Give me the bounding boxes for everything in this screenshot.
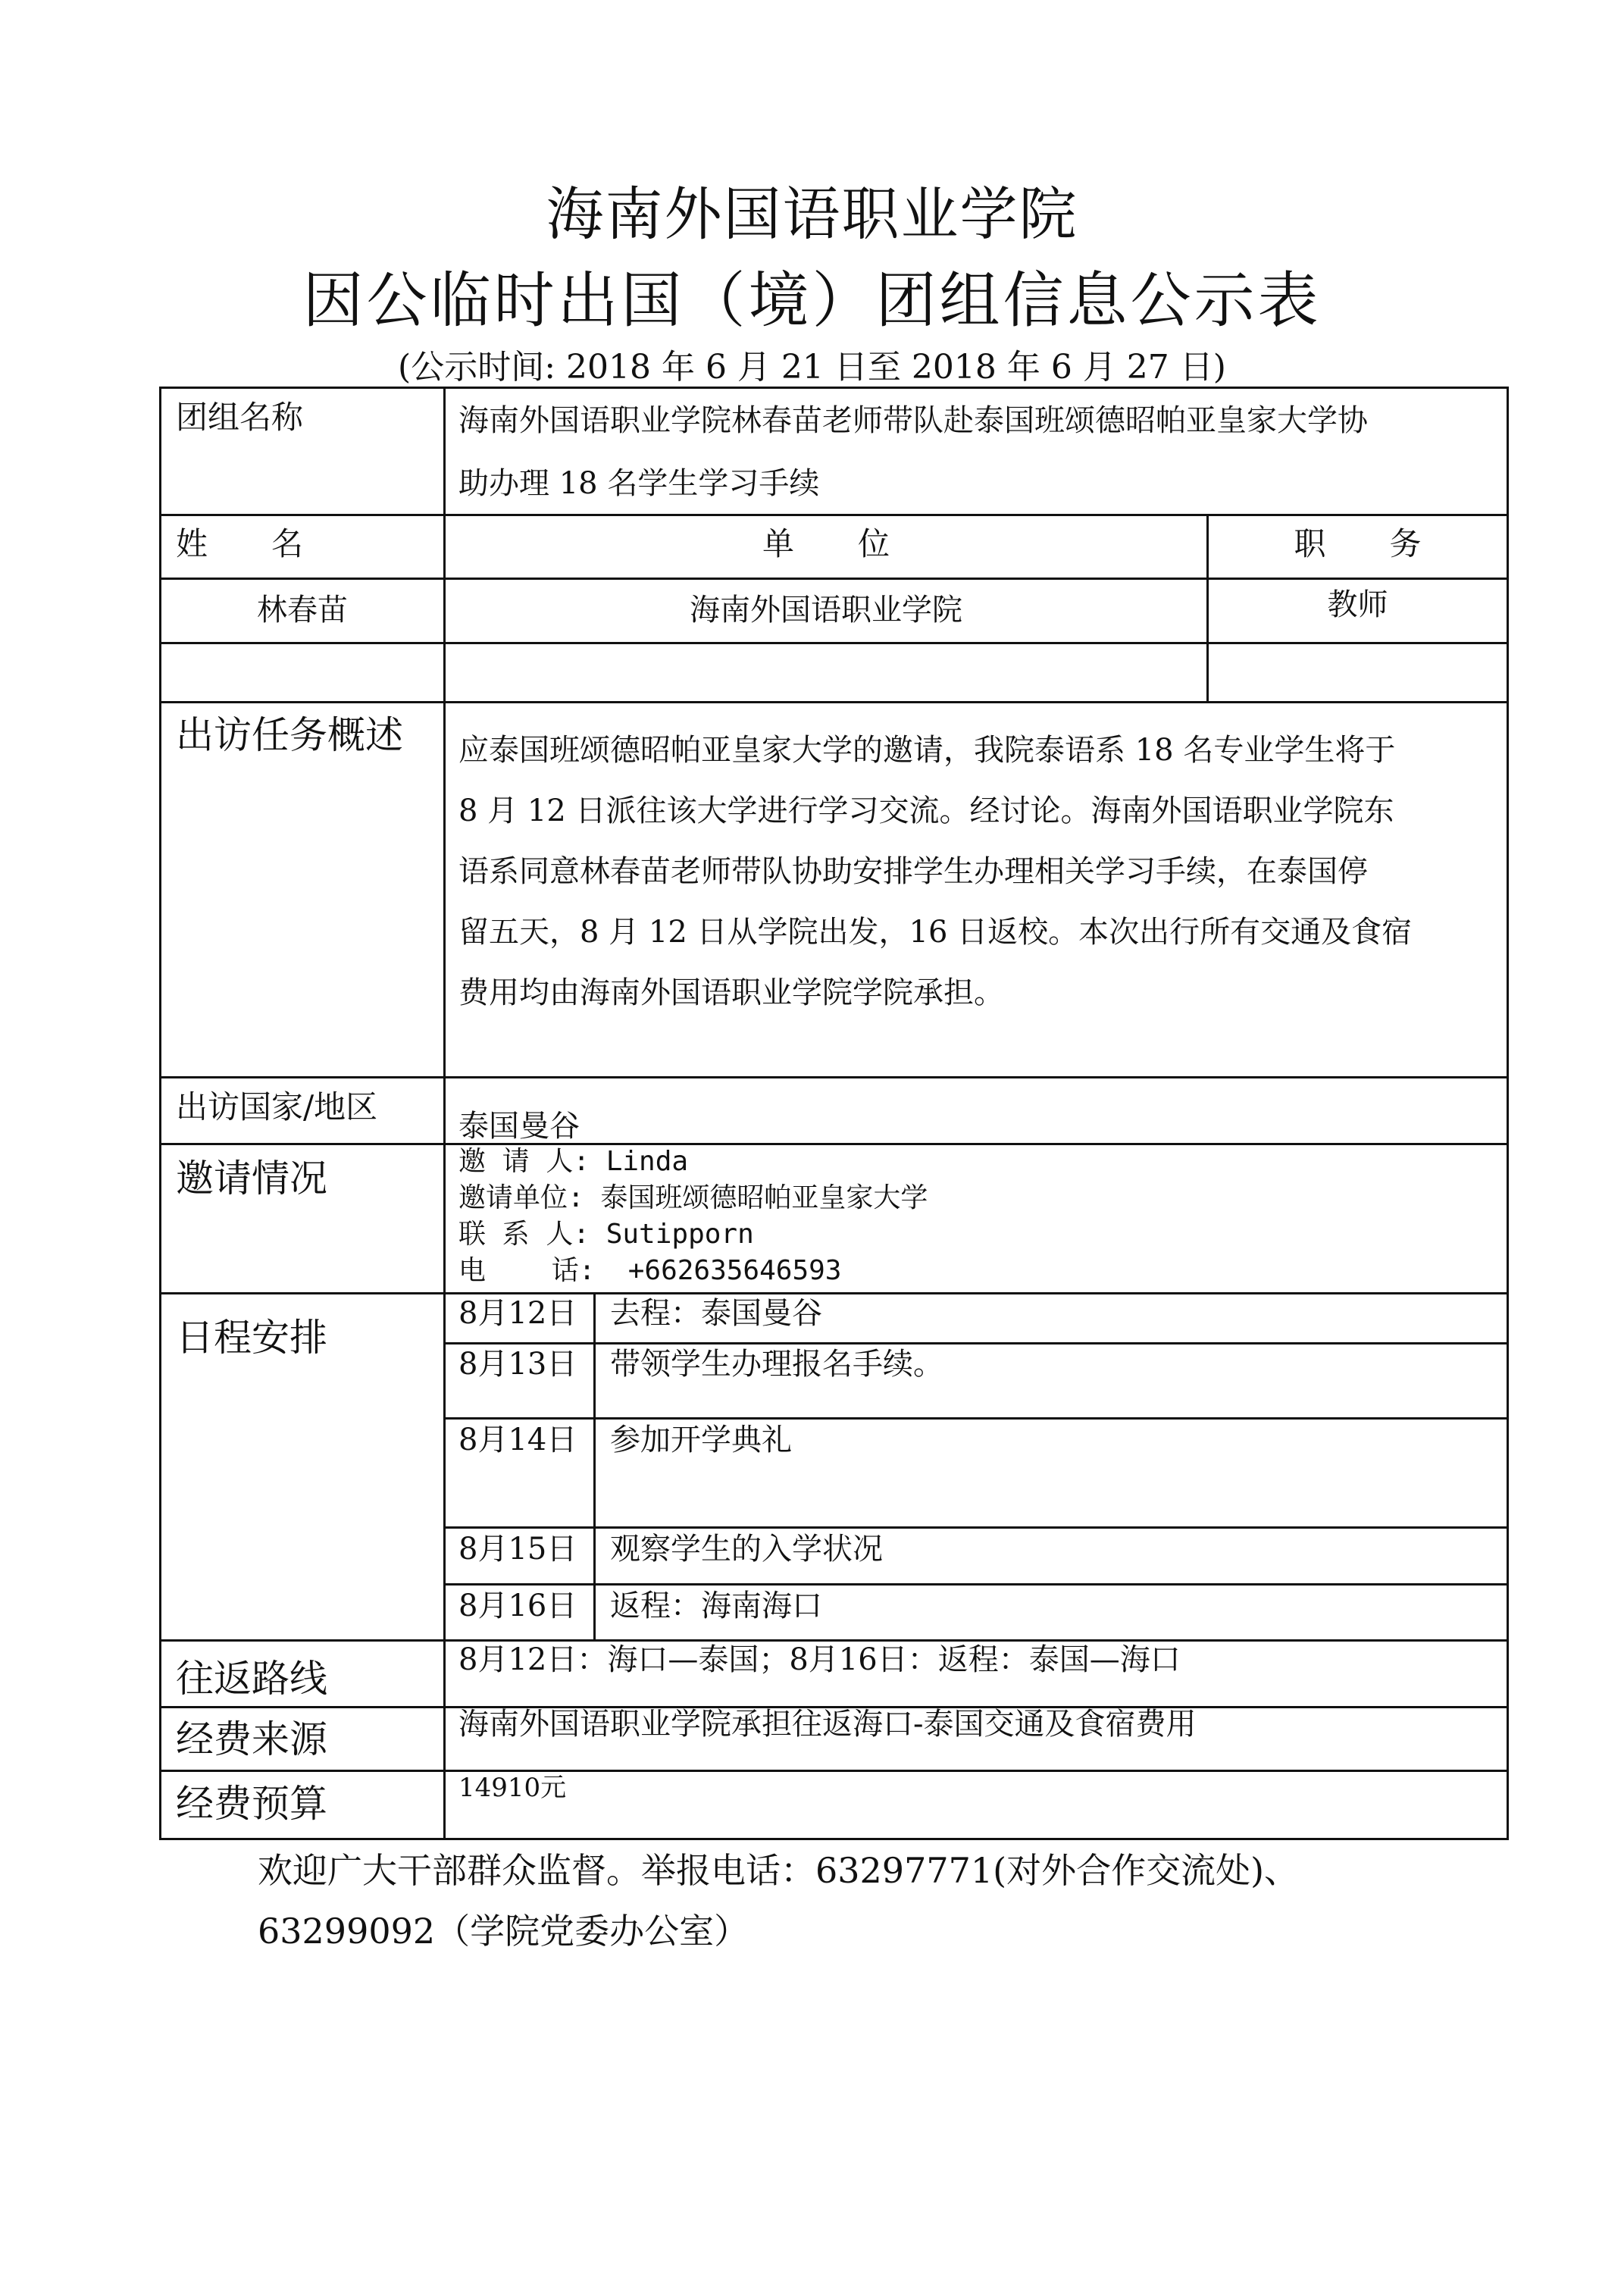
destination-value: 泰国曼谷 — [458, 1111, 580, 1141]
task-summary-line: 费用均由海南外国语职业学院学院承担。 — [458, 963, 1497, 1023]
schedule-date: 8月13日 — [458, 1349, 577, 1379]
task-summary-line: 留五天，8 月 12 日从学院出发，16 日返校。本次出行所有交通及食宿 — [458, 902, 1497, 963]
position-column-header: 职 务 — [1209, 528, 1507, 560]
unit-column-header: 单 位 — [446, 528, 1206, 560]
destination-label: 出访国家/地区 — [176, 1091, 377, 1123]
task-summary-line: 应泰国班颂德昭帕亚皇家大学的邀请，我院泰语系 18 名专业学生将于 — [458, 720, 1497, 781]
inviter: 邀 请 人: Linda — [458, 1148, 688, 1175]
schedule-date: 8月16日 — [458, 1591, 577, 1621]
schedule-activity: 带领学生办理报名手续。 — [610, 1349, 943, 1379]
schedule-row-line — [443, 1342, 1509, 1344]
row-line — [159, 1143, 1509, 1145]
schedule-activity: 参加开学典礼 — [610, 1425, 792, 1455]
invitation-label: 邀请情况 — [176, 1160, 327, 1197]
schedule-row-line — [443, 1526, 1509, 1529]
member-unit: 海南外国语职业学院 — [446, 595, 1206, 625]
inviting-unit: 邀请单位: 泰国班颂德昭帕亚皇家大学 — [458, 1185, 928, 1212]
row-line — [159, 387, 1509, 389]
funding-source-label: 经费来源 — [176, 1720, 327, 1758]
contact-phone: 电 话: +662635646593 — [458, 1257, 841, 1285]
row-line — [159, 1076, 1509, 1078]
contact-person: 联 系 人: Sutipporn — [458, 1221, 754, 1248]
publication-period: (公示时间: 2018 年 6 月 21 日至 2018 年 6 月 27 日) — [0, 340, 1624, 388]
budget-value: 14910元 — [458, 1775, 566, 1801]
task-summary-text: 应泰国班颂德昭帕亚皇家大学的邀请，我院泰语系 18 名专业学生将于 8 月 12… — [458, 720, 1497, 1023]
table-border-right — [1507, 387, 1509, 1839]
row-line — [159, 1639, 1509, 1642]
schedule-row-line — [443, 1417, 1509, 1420]
group-name-line1: 海南外国语职业学院林春苗老师带队赴泰国班颂德昭帕亚皇家大学协 — [458, 405, 1368, 436]
schedule-activity: 返程：海南海口 — [610, 1591, 822, 1621]
schedule-activity: 观察学生的入学状况 — [610, 1534, 883, 1564]
funding-source-value: 海南外国语职业学院承担往返海口-泰国交通及食宿费用 — [458, 1709, 1197, 1739]
task-summary-line: 8 月 12 日派往该大学进行学习交流。经讨论。海南外国语职业学院东 — [458, 781, 1497, 841]
member-name: 林春苗 — [161, 595, 443, 625]
schedule-label: 日程安排 — [176, 1319, 327, 1357]
schedule-row-line — [443, 1583, 1509, 1586]
name-column-header: 姓 名 — [176, 528, 303, 560]
route-value: 8月12日：海口—泰国；8月16日：返程：泰国—海口 — [458, 1645, 1181, 1675]
task-summary-line: 语系同意林春苗老师带队协助安排学生办理相关学习手续，在泰国停 — [458, 841, 1497, 902]
page-subtitle-title: 因公临时出国（境）团组信息公示表 — [0, 252, 1624, 339]
row-line — [159, 1838, 1509, 1840]
route-label: 往返路线 — [176, 1660, 327, 1698]
row-line — [159, 1770, 1509, 1772]
row-line — [159, 701, 1509, 703]
row-line — [159, 642, 1509, 644]
row-line — [159, 1292, 1509, 1294]
report-hotline-line1: 欢迎广大干部群众监督。举报电话：63297771(对外合作交流处)、 — [258, 1853, 1299, 1888]
schedule-date: 8月15日 — [458, 1534, 577, 1564]
row-line — [159, 578, 1509, 580]
row-line — [159, 514, 1509, 516]
member-position: 教师 — [1209, 590, 1507, 620]
budget-label: 经费预算 — [176, 1785, 327, 1823]
schedule-date: 8月12日 — [458, 1298, 577, 1329]
schedule-date: 8月14日 — [458, 1425, 577, 1455]
task-summary-label: 出访任务概述 — [176, 716, 403, 754]
report-hotline-line2: 63299092（学院党委办公室） — [258, 1914, 749, 1949]
group-name-line2: 助办理 18 名学生学习手续 — [458, 468, 819, 499]
page-title: 海南外国语职业学院 — [0, 168, 1624, 251]
schedule-activity: 去程：泰国曼谷 — [610, 1298, 822, 1329]
group-name-label: 团组名称 — [176, 402, 303, 434]
